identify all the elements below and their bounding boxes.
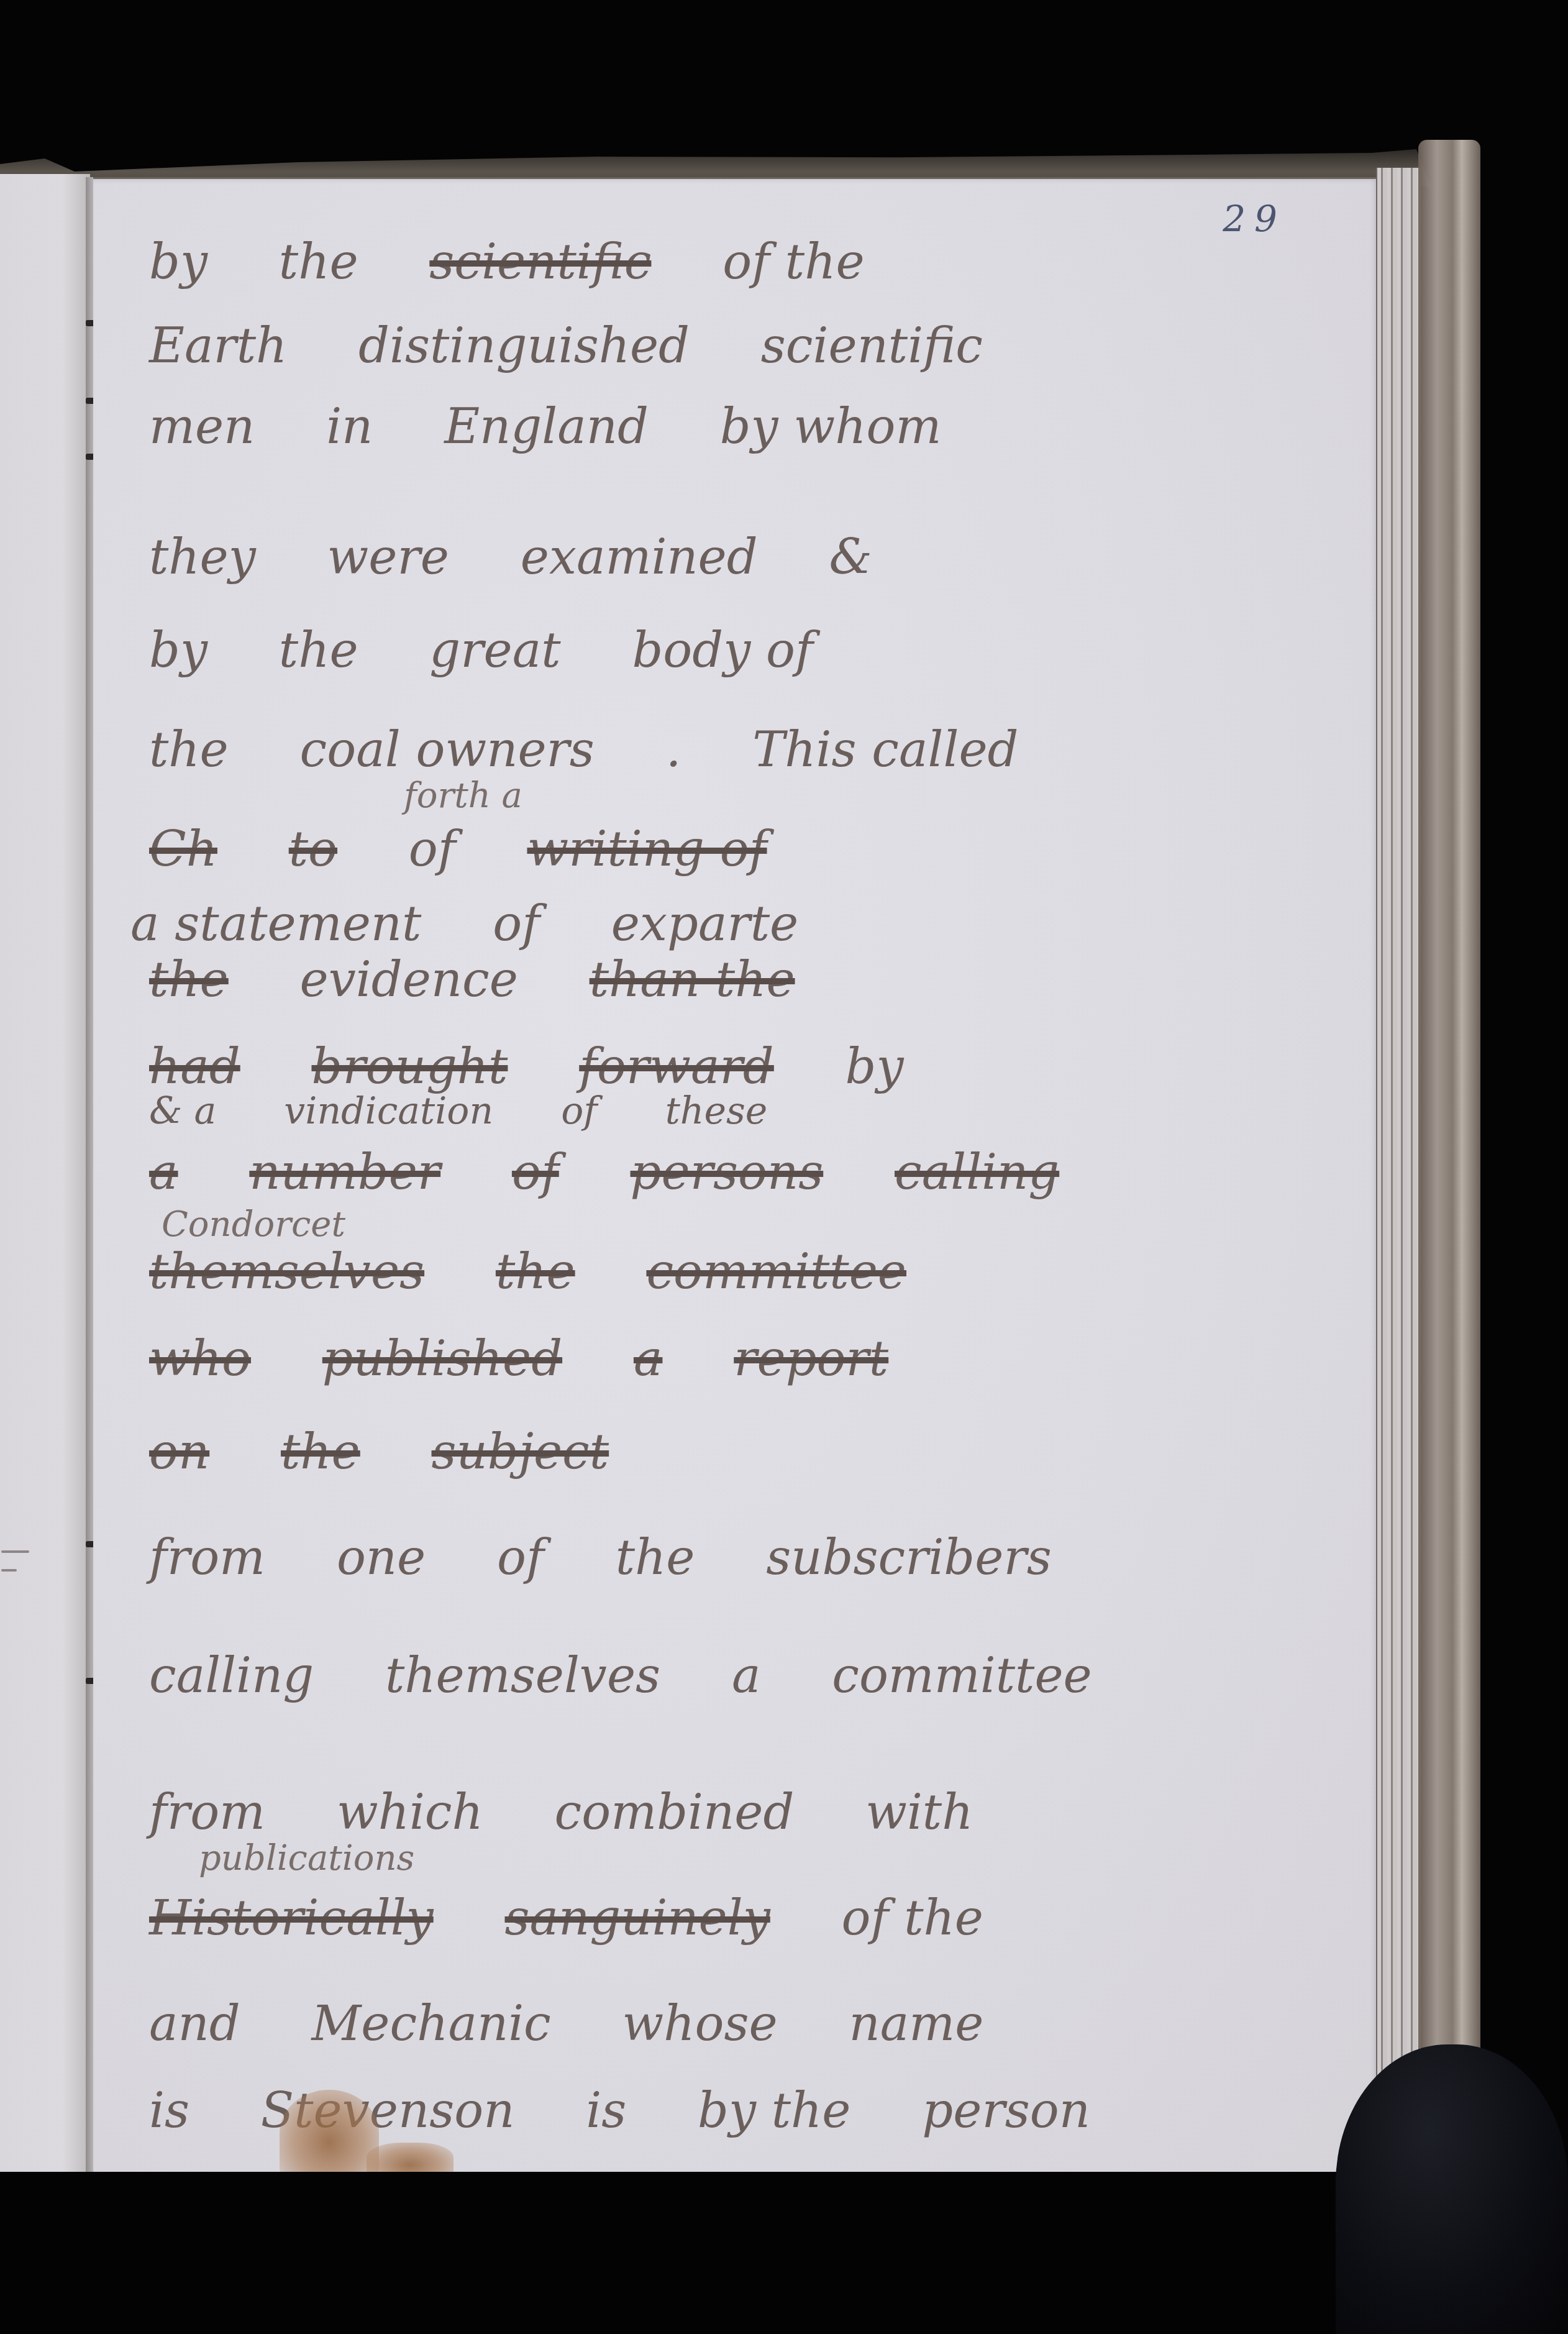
word: Mechanic: [311, 1996, 550, 2052]
manuscript-line-7: Ch to of writing of: [149, 825, 1329, 874]
word: in: [326, 399, 373, 455]
main-page: 29 by the scientific of the Earth distin…: [93, 177, 1379, 2177]
struck-word: to: [289, 821, 337, 877]
word: of: [561, 1089, 597, 1133]
word: a statement: [130, 896, 421, 952]
manuscript-line-14: who published a report: [149, 1335, 1329, 1383]
manuscript-line-17: calling themselves a committee: [149, 1652, 1329, 1700]
manuscript-line-11: & a vindication of these: [149, 1092, 1329, 1130]
word: men: [149, 399, 255, 455]
word: by: [846, 1039, 904, 1095]
word: and: [149, 1996, 240, 2052]
manuscript-line-10: had brought forward by: [149, 1043, 1329, 1091]
manuscript-line-5: by the great body of: [149, 626, 1329, 675]
left-page-partial: [0, 174, 90, 2175]
page-edges-stack: [1376, 168, 1421, 2175]
struck-word: the: [281, 1424, 360, 1480]
word: with: [865, 1785, 973, 1841]
word: the: [279, 623, 358, 679]
manuscript-photo: 29 by the scientific of the Earth distin…: [0, 0, 1568, 2334]
struck-word: number: [249, 1145, 440, 1201]
manuscript-line-16: from one of the subscribers: [149, 1534, 1329, 1582]
manuscript-line-19: Historically sanguinely of the: [149, 1894, 1329, 1943]
word: the: [616, 1530, 695, 1586]
word: which: [337, 1785, 483, 1841]
struck-word: of: [512, 1145, 559, 1201]
manuscript-line-18: from which combined with: [149, 1788, 1329, 1837]
manuscript-line-8: a statement of exparte: [130, 900, 1311, 948]
left-page-ink-mark: [1, 1550, 29, 1553]
struck-word: than the: [590, 952, 795, 1008]
word: person: [922, 2083, 1090, 2139]
word: committee: [832, 1648, 1092, 1704]
struck-word: had: [149, 1039, 240, 1095]
struck-word: forward: [579, 1039, 774, 1095]
interlinear-insert: forth a: [404, 776, 522, 816]
word: these: [665, 1089, 768, 1133]
struck-word: published: [322, 1331, 562, 1387]
word: the: [149, 722, 229, 778]
manuscript-line-13: themselves the committee: [149, 1248, 1329, 1296]
struck-word: the: [149, 952, 229, 1008]
page-number: 29: [1223, 198, 1286, 240]
manuscript-line-4: they were examined &: [149, 533, 1329, 582]
struck-word: Ch: [149, 821, 217, 877]
word: combined: [555, 1785, 795, 1841]
word: body of: [632, 623, 813, 679]
word: exparte: [611, 896, 798, 952]
manuscript-line-3: men in England by whom: [149, 403, 1329, 451]
word: by: [149, 234, 207, 290]
struck-word: report: [734, 1331, 888, 1387]
word: scientific: [761, 318, 983, 374]
word: examined: [521, 529, 758, 585]
interlinear-insert: publications: [199, 1838, 414, 1879]
word: by the: [698, 2083, 851, 2139]
manuscript-line-12: a number of persons calling: [149, 1148, 1329, 1197]
word: subscribers: [766, 1530, 1052, 1586]
word: by: [149, 623, 207, 679]
word: one: [337, 1530, 426, 1586]
word: of: [409, 821, 456, 877]
word: vindication: [284, 1089, 493, 1133]
word: distinguished: [358, 318, 690, 374]
manuscript-line-6: the coal owners . This called: [149, 726, 1329, 774]
struck-word: brought: [311, 1039, 508, 1095]
manuscript-line-9: the evidence than the: [149, 956, 1329, 1004]
word: & a: [149, 1089, 216, 1133]
struck-word: on: [149, 1424, 209, 1480]
word: is: [149, 2083, 189, 2139]
word: themselves: [385, 1648, 660, 1704]
book-binding-edge: [1418, 140, 1480, 2190]
page-weight-object: [1336, 2044, 1568, 2334]
struck-word: calling: [895, 1145, 1059, 1201]
word: whose: [622, 1996, 778, 2052]
struck-word: a: [634, 1331, 663, 1387]
manuscript-line-2: Earth distinguished scientific: [149, 322, 1329, 370]
interlinear-insert: Condorcet: [162, 1204, 345, 1245]
left-page-ink-mark: [1, 1569, 17, 1572]
struck-word: Historically: [149, 1890, 434, 1946]
struck-word: subject: [432, 1424, 609, 1480]
word: of the: [722, 234, 864, 290]
struck-word: a: [149, 1145, 178, 1201]
word: of: [497, 1530, 544, 1586]
struck-word: scientific: [429, 234, 651, 290]
word: of: [493, 896, 540, 952]
word: Earth: [149, 318, 287, 374]
word: .: [666, 722, 681, 778]
word: of the: [842, 1890, 983, 1946]
word: calling: [149, 1648, 314, 1704]
manuscript-line-1: by the scientific of the: [149, 238, 1329, 286]
struck-word: who: [149, 1331, 251, 1387]
water-stain: [280, 2090, 379, 2177]
word: great: [429, 623, 560, 679]
struck-word: sanguinely: [504, 1890, 770, 1946]
struck-word: writing of: [527, 821, 767, 877]
bottom-dark-background: [0, 2172, 1568, 2334]
word: &: [829, 529, 872, 585]
struck-word: persons: [631, 1145, 824, 1201]
word: a: [732, 1648, 761, 1704]
word: coal owners: [300, 722, 595, 778]
word: name: [849, 1996, 984, 2052]
struck-word: committee: [646, 1244, 906, 1300]
word: from: [149, 1785, 265, 1841]
word: This called: [752, 722, 1018, 778]
word: by whom: [720, 399, 942, 455]
word: evidence: [300, 952, 518, 1008]
word: they: [149, 529, 256, 585]
word: from: [149, 1530, 265, 1586]
word: were: [327, 529, 449, 585]
manuscript-line-15: on the subject: [149, 1428, 1329, 1476]
word: is: [586, 2083, 626, 2139]
manuscript-line-20: and Mechanic whose name: [149, 2000, 1329, 2048]
word: the: [279, 234, 358, 290]
struck-word: themselves: [149, 1244, 424, 1300]
word: England: [444, 399, 649, 455]
struck-word: the: [496, 1244, 575, 1300]
